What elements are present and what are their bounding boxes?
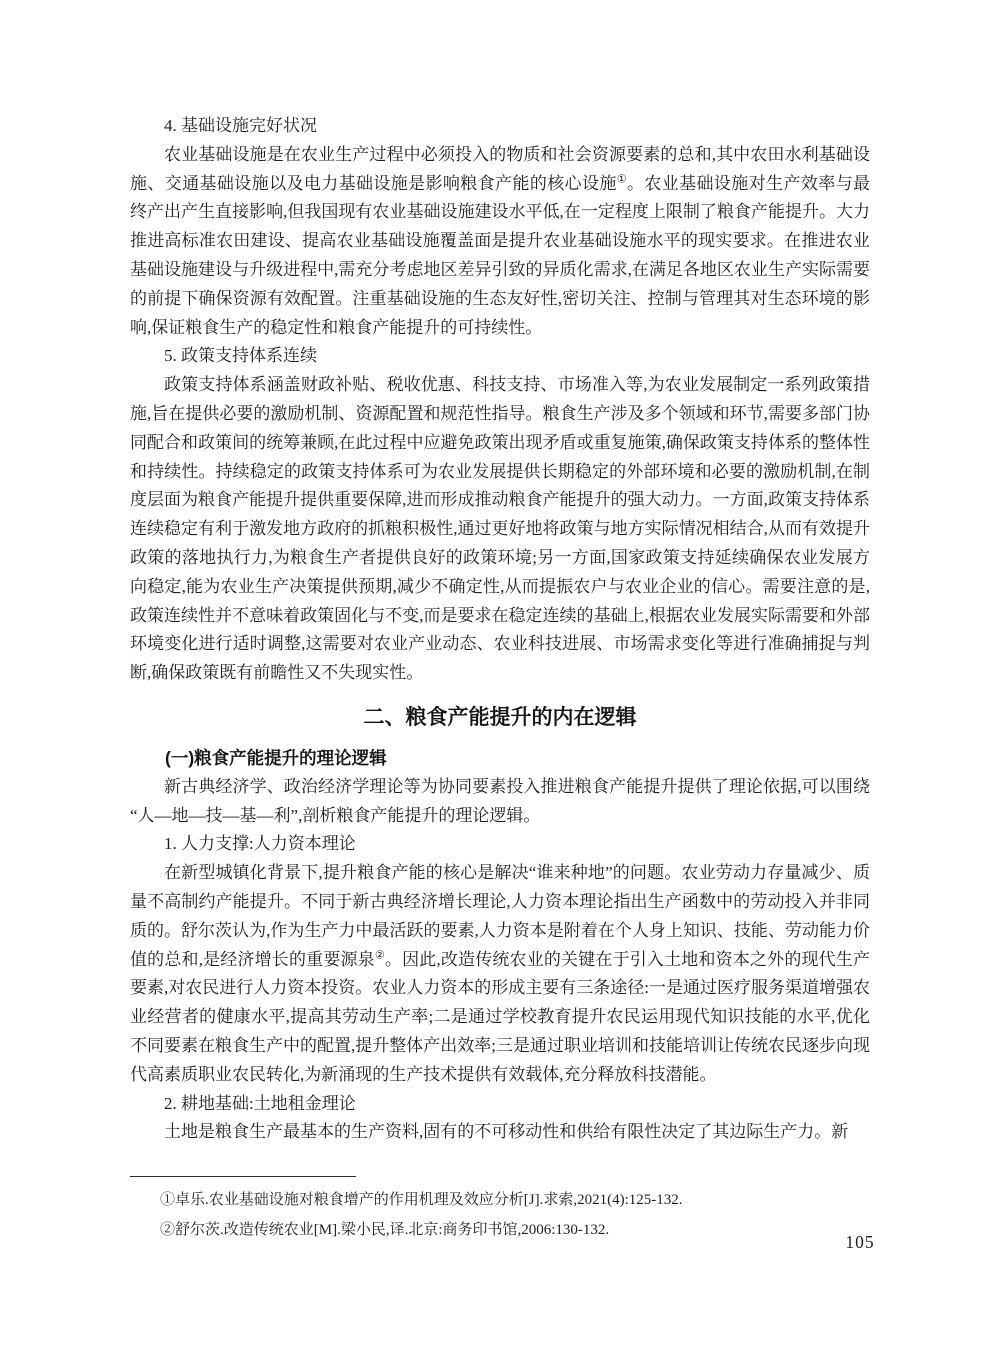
- paragraph-text: 。农业基础设施对生产效率与最终产出产生直接影响,但我国现有农业基础设施建设水平低…: [130, 174, 870, 337]
- footnote-area: ①卓乐.农业基础设施对粮食增产的作用机理及效应分析[J].求索,2021(4):…: [130, 1176, 870, 1245]
- heading-policy: 5. 政策支持体系连续: [130, 342, 870, 371]
- footnote-ref-2: ②: [375, 949, 385, 961]
- journal-page: 4. 基础设施完好状况 农业基础设施是在农业生产过程中必须投入的物质和社会资源要…: [0, 0, 1000, 1347]
- paragraph-land: 土地是粮食生产最基本的生产资料,固有的不可移动性和供给有限性决定了其边际生产力。…: [130, 1118, 870, 1147]
- paragraph-policy: 政策支持体系涵盖财政补贴、税收优惠、科技支持、市场准入等,为农业发展制定一系列政…: [130, 371, 870, 688]
- footnote-2: ②舒尔茨.改造传统农业[M].梁小民,译.北京:商务印书馆,2006:130-1…: [130, 1215, 870, 1245]
- paragraph-human-capital: 在新型城镇化背景下,提升粮食产能的核心是解决“谁来种地”的问题。农业劳动力存量减…: [130, 859, 870, 1089]
- heading-infrastructure: 4. 基础设施完好状况: [130, 112, 870, 141]
- subsection-title: (一)粮食产能提升的理论逻辑: [130, 744, 870, 773]
- page-number: 105: [830, 1232, 890, 1253]
- page-body: 4. 基础设施完好状况 农业基础设施是在农业生产过程中必须投入的物质和社会资源要…: [130, 112, 870, 1147]
- paragraph-theory-intro: 新古典经济学、政治经济学理论等为协同要素投入推进粮食产能提升提供了理论依据,可以…: [130, 773, 870, 831]
- footnote-1: ①卓乐.农业基础设施对粮食增产的作用机理及效应分析[J].求索,2021(4):…: [130, 1185, 870, 1215]
- paragraph-infrastructure: 农业基础设施是在农业生产过程中必须投入的物质和社会资源要素的总和,其中农田水利基…: [130, 141, 870, 343]
- paragraph-text: 。因此,改造传统农业的关键在于引入土地和资本之外的现代生产要素,对农民进行人力资…: [130, 950, 870, 1084]
- heading-human-capital: 1. 人力支撑:人力资本理论: [130, 830, 870, 859]
- footnote-divider: [130, 1176, 356, 1177]
- footnote-ref-1: ①: [617, 173, 627, 185]
- heading-land-rent: 2. 耕地基础:土地租金理论: [130, 1090, 870, 1119]
- section-title: 二、粮食产能提升的内在逻辑: [130, 702, 870, 734]
